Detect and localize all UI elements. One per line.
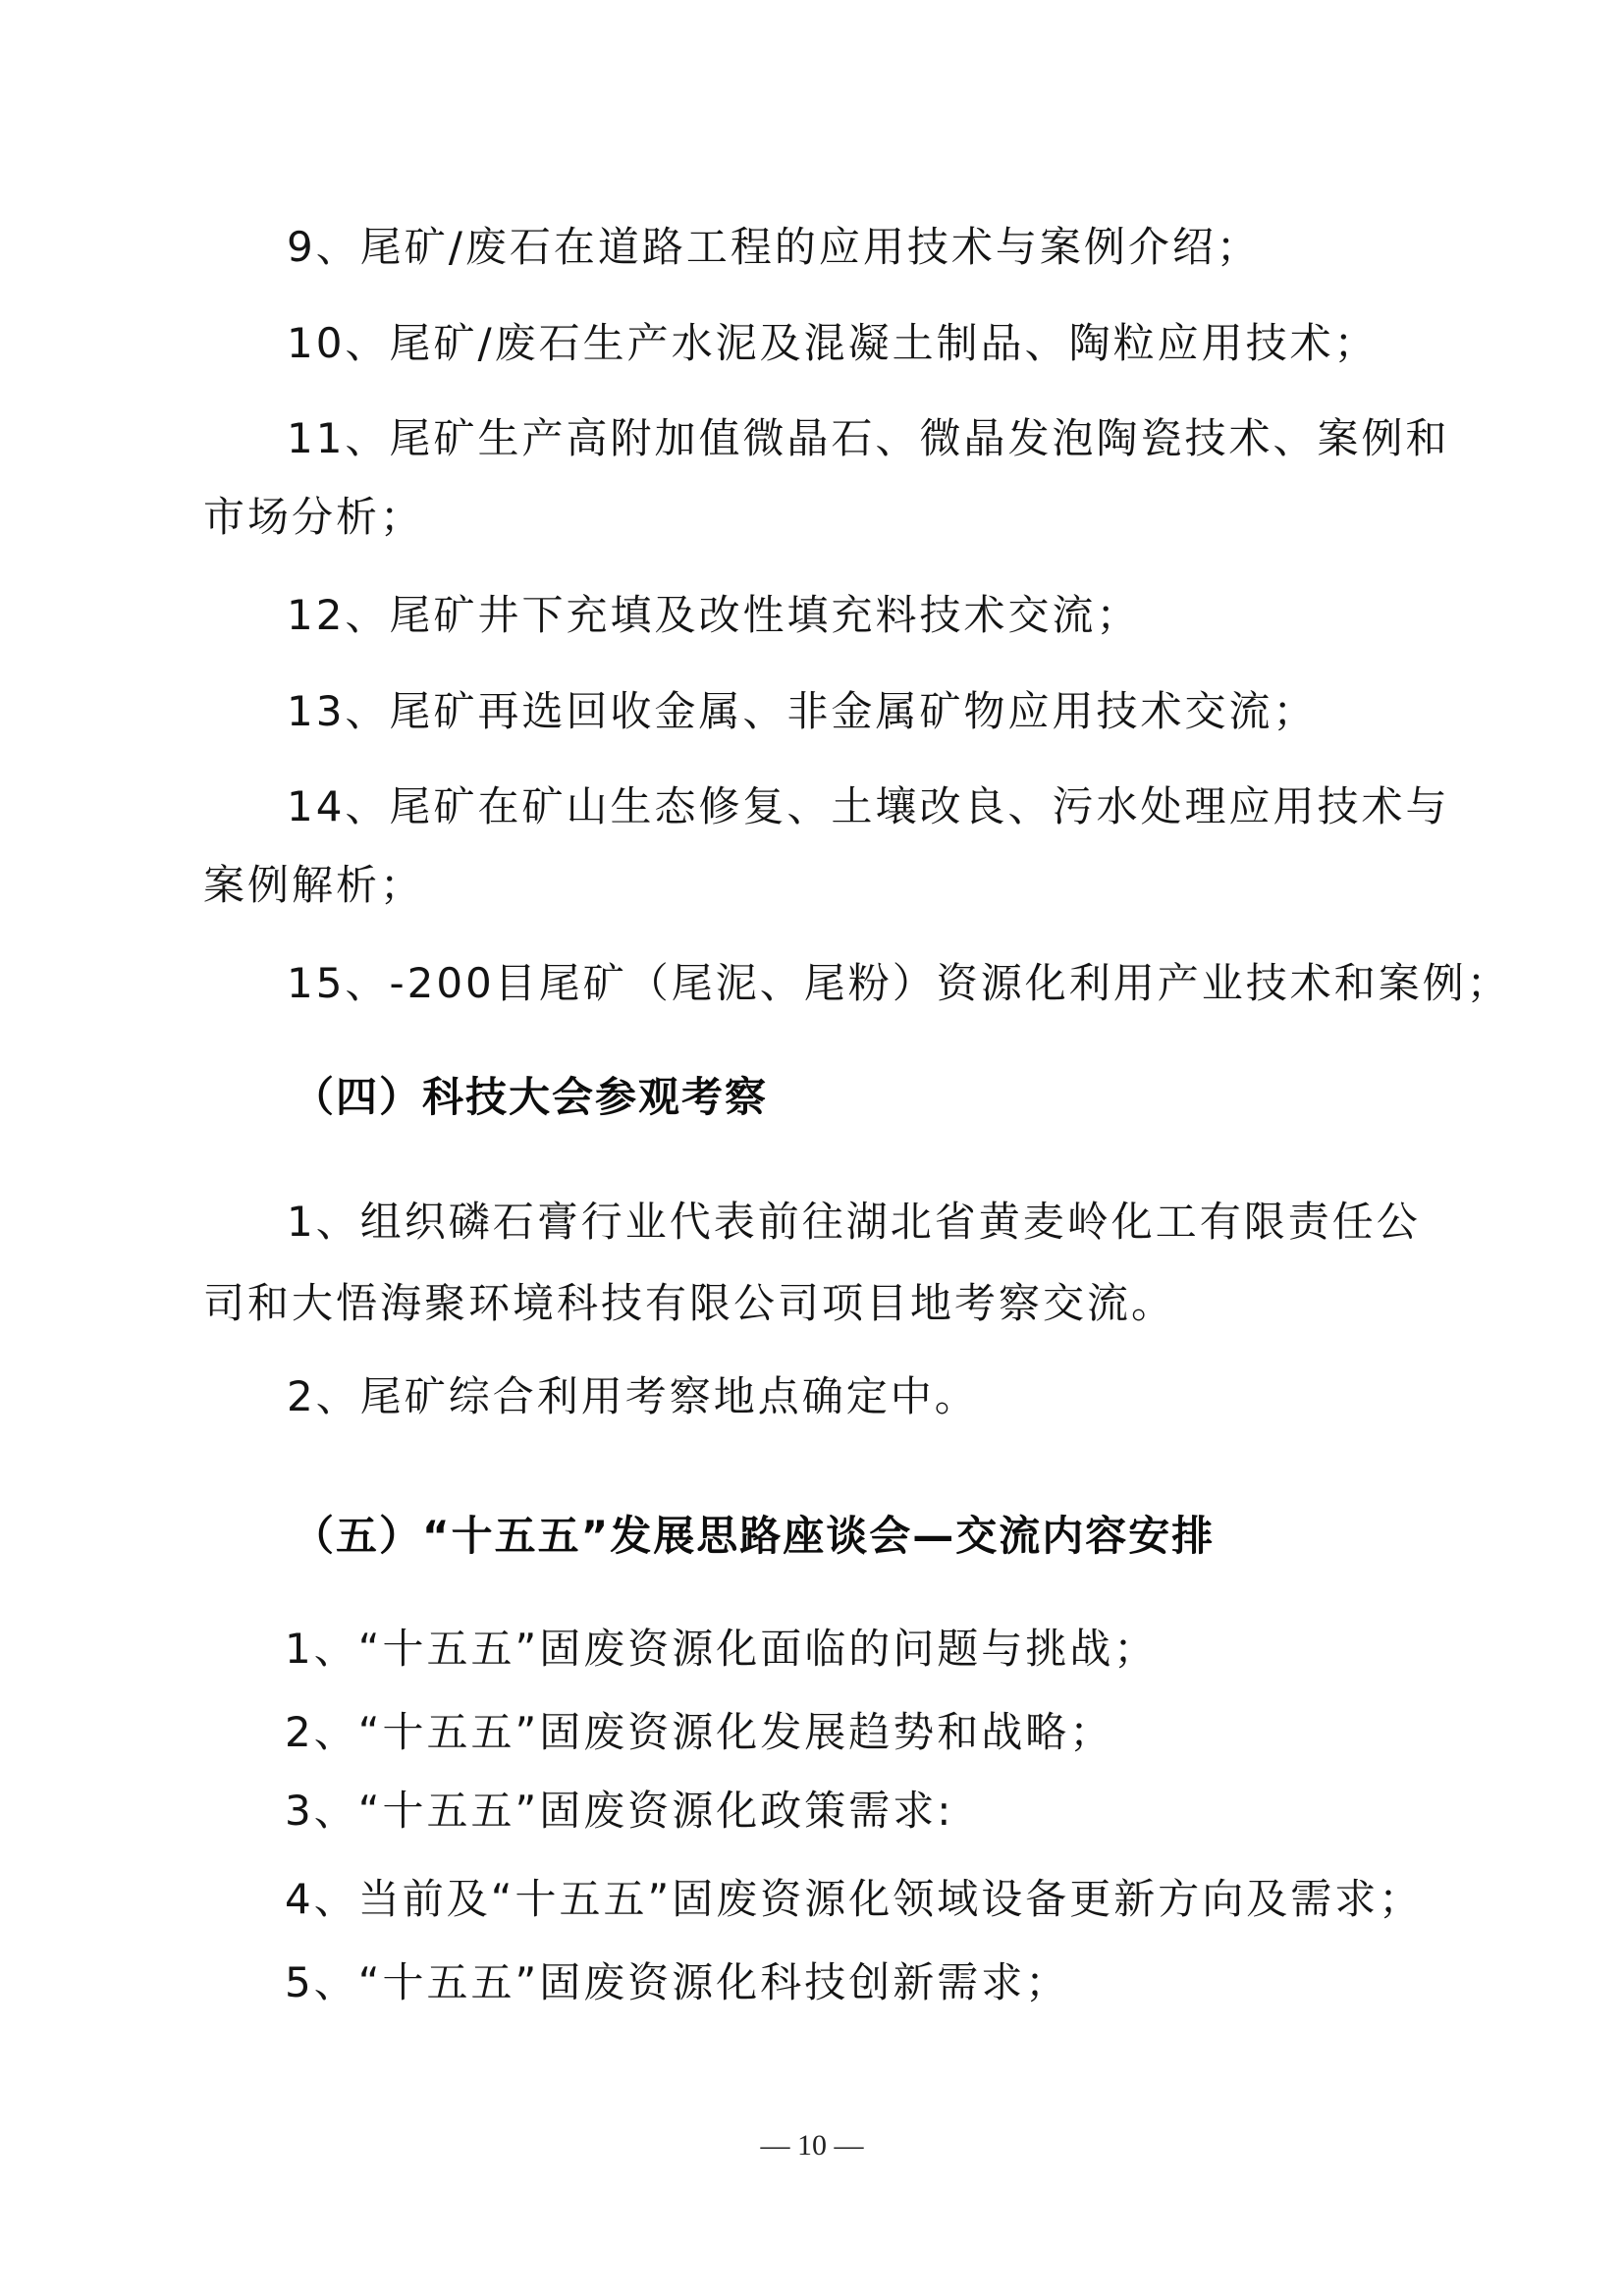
document-page: 9、尾矿/废石在道路工程的应用技术与案例介绍； 10、尾矿/废石生产水泥及混凝土… [0, 0, 1624, 2296]
section5-item-5: 5、“十五五”固废资源化科技创新需求； [285, 1955, 1512, 2010]
list-item-15: 15、-200目尾矿（尾泥、尾粉）资源化利用产业技术和案例； [287, 956, 1514, 1011]
section5-item-2: 2、“十五五”固废资源化发展趋势和战略； [285, 1705, 1512, 1760]
list-item-11: 11、尾矿生产高附加值微晶石、微晶发泡陶瓷技术、案例和 [287, 411, 1514, 466]
section4-heading: （四）科技大会参观考察 [293, 1070, 1520, 1125]
list-item-14-continuation: 案例解析； [203, 858, 1431, 913]
list-item-14: 14、尾矿在矿山生态修复、土壤改良、污水处理应用技术与 [287, 779, 1514, 834]
section4-item-1: 1、组织磷石膏行业代表前往湖北省黄麦岭化工有限责任公 [287, 1195, 1514, 1250]
section5-heading: （五）“十五五”发展思路座谈会—交流内容安排 [293, 1509, 1520, 1564]
section4-item-2: 2、尾矿综合利用考察地点确定中。 [287, 1369, 1514, 1424]
page-number: — 10 — [0, 2126, 1624, 2165]
section5-item-4: 4、当前及“十五五”固废资源化领域设备更新方向及需求； [285, 1872, 1512, 1927]
section4-item-1-continuation: 司和大悟海聚环境科技有限公司项目地考察交流。 [203, 1276, 1431, 1331]
list-item-13: 13、尾矿再选回收金属、非金属矿物应用技术交流； [287, 684, 1514, 739]
list-item-9: 9、尾矿/废石在道路工程的应用技术与案例介绍； [287, 220, 1514, 275]
list-item-10: 10、尾矿/废石生产水泥及混凝土制品、陶粒应用技术； [287, 316, 1514, 371]
section5-item-1: 1、“十五五”固废资源化面临的问题与挑战； [285, 1622, 1512, 1677]
list-item-12: 12、尾矿井下充填及改性填充料技术交流； [287, 588, 1514, 643]
list-item-11-continuation: 市场分析； [203, 490, 1431, 545]
section5-item-3: 3、“十五五”固废资源化政策需求: [285, 1784, 1512, 1839]
